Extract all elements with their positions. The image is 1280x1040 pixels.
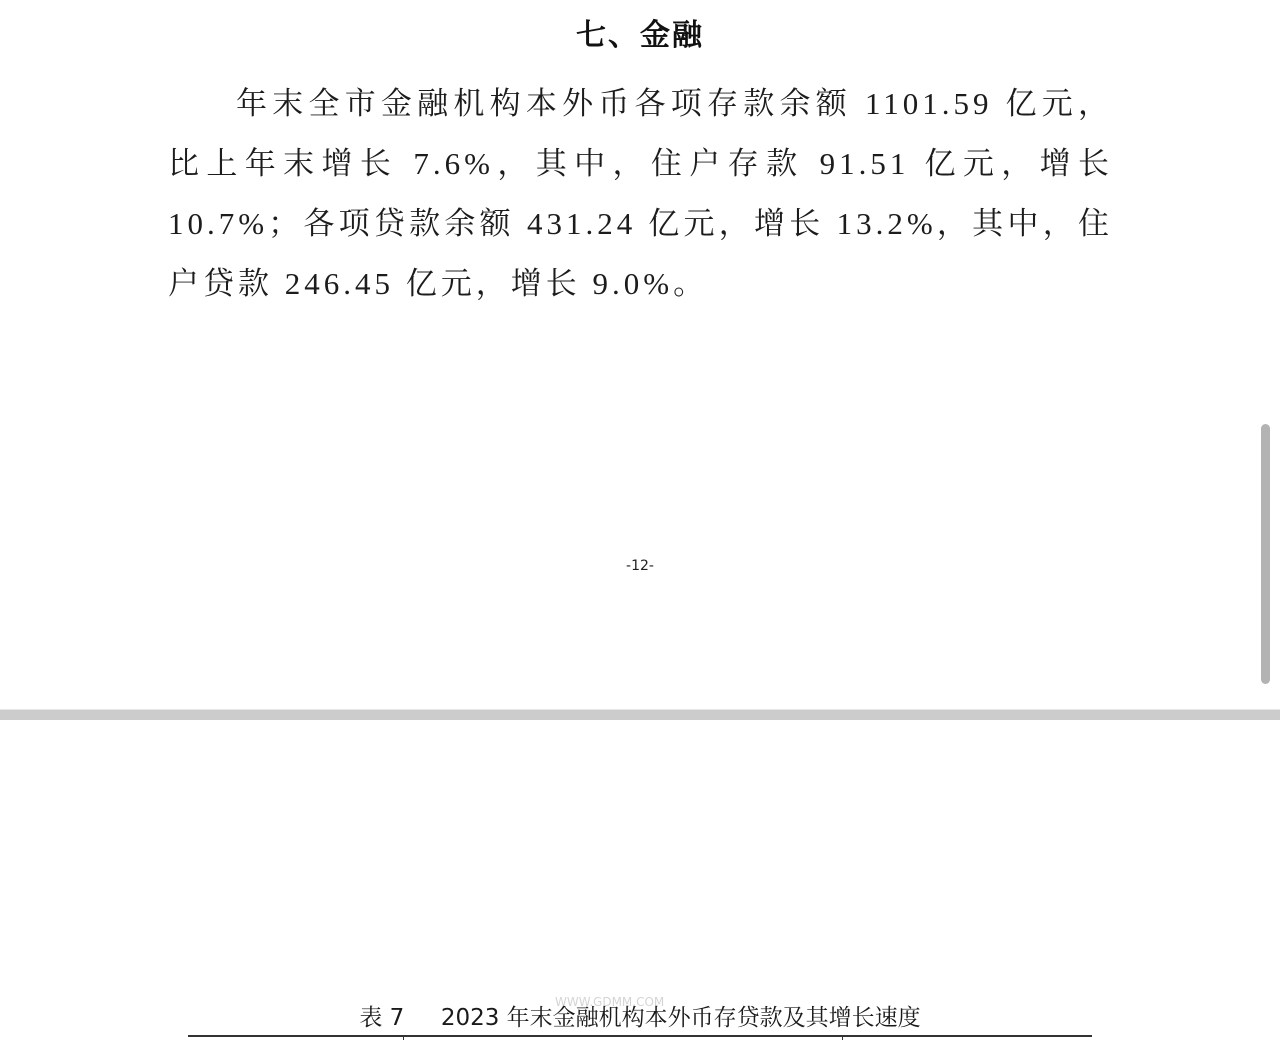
table-column-divider bbox=[842, 1036, 843, 1040]
document-page-12: 七、金融 年末全市金融机构本外币各项存款余额 1101.59 亿元，比上年末增长… bbox=[0, 0, 1280, 710]
document-page-13: 表 7 2023 年末金融机构本外币存贷款及其增长速度 WWW.GDMM.COM bbox=[0, 720, 1280, 1040]
table-column-divider bbox=[403, 1036, 404, 1040]
vertical-scrollbar-thumb[interactable] bbox=[1261, 424, 1270, 684]
page-separator bbox=[0, 709, 1280, 720]
section-title: 七、金融 bbox=[0, 10, 1280, 54]
page-number: -12- bbox=[0, 558, 1280, 574]
table-caption: 表 7 2023 年末金融机构本外币存贷款及其增长速度 bbox=[0, 999, 1280, 1032]
finance-paragraph: 年末全市金融机构本外币各项存款余额 1101.59 亿元，比上年末增长 7.6%… bbox=[168, 74, 1113, 314]
table-top-border bbox=[188, 1035, 1092, 1037]
